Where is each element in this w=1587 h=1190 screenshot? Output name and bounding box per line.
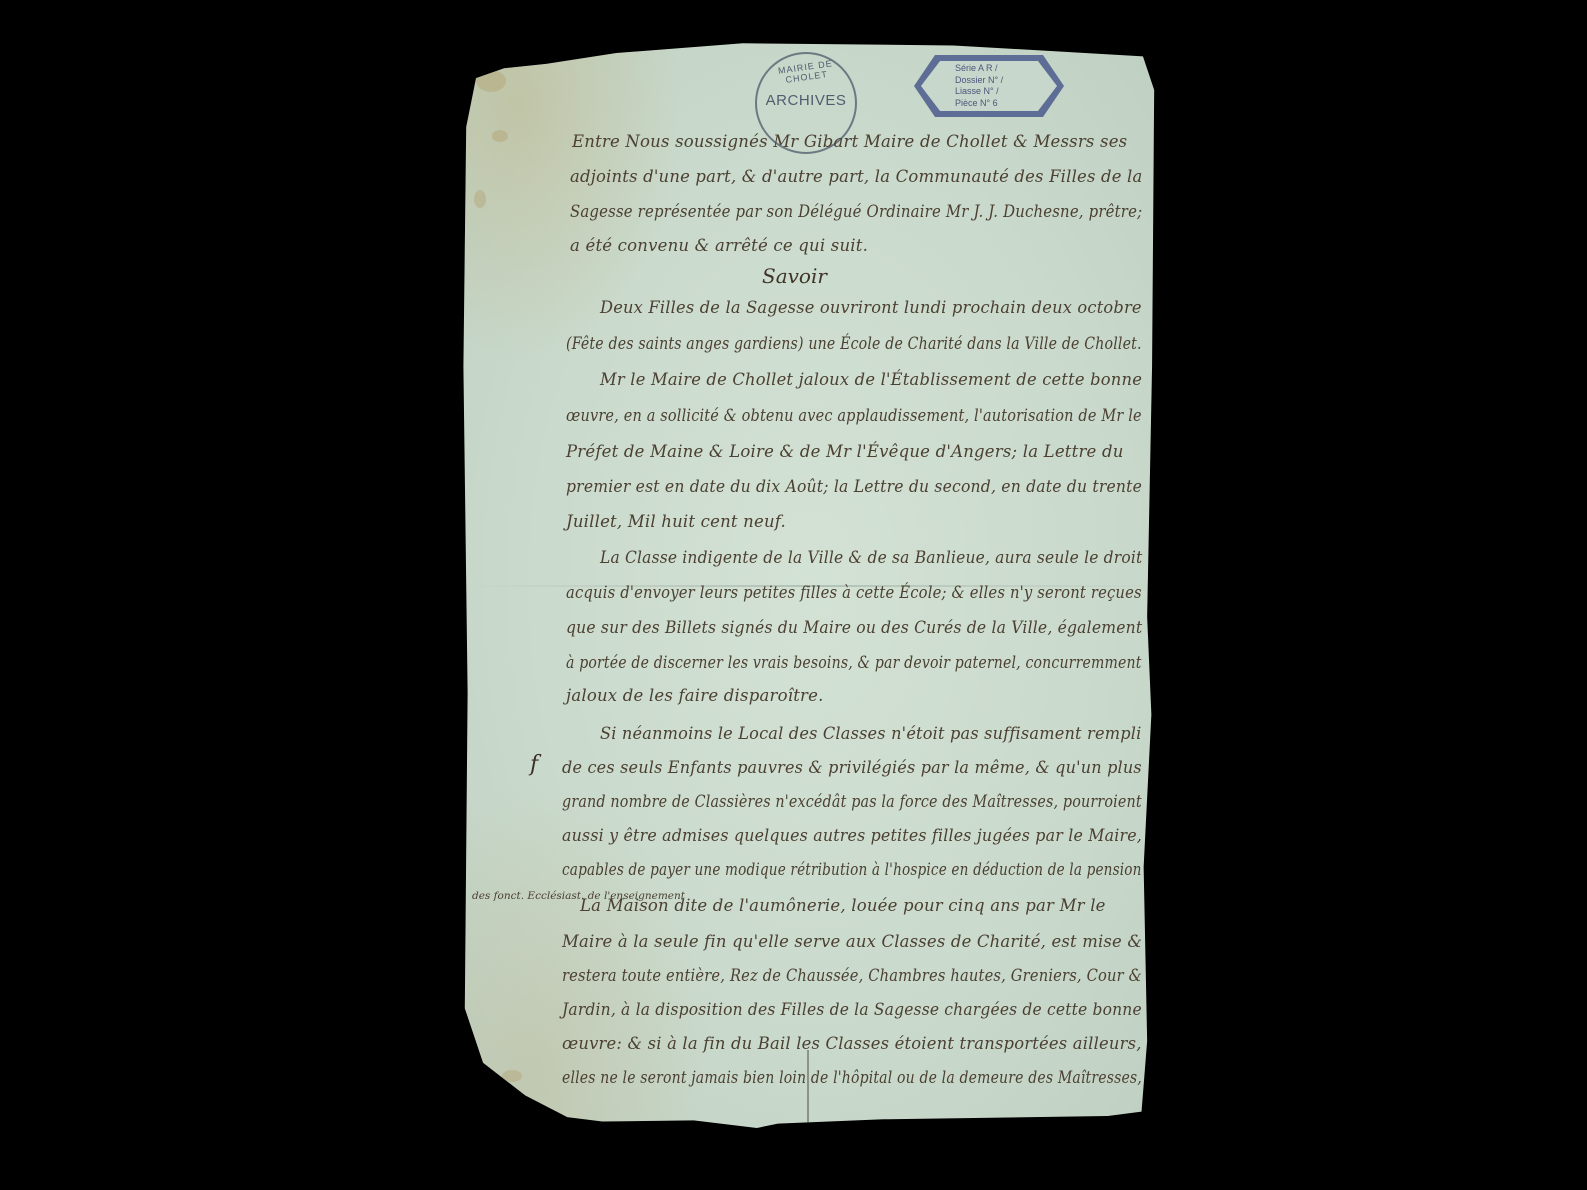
manuscript-line: adjoints d'une part, & d'autre part, la …	[570, 167, 1142, 186]
manuscript-line: œuvre, en a sollicité & obtenu avec appl…	[566, 406, 1142, 425]
manuscript-line: elles ne le seront jamais bien loin de l…	[562, 1068, 1142, 1087]
manuscript-line: Deux Filles de la Sagesse ouvriront lund…	[600, 298, 1142, 317]
manuscript-line: capables de payer une modique rétributio…	[562, 860, 1142, 879]
manuscript-line: de ces seuls Enfants pauvres & privilégi…	[562, 758, 1142, 777]
manuscript-line: La Classe indigente de la Ville & de sa …	[600, 548, 1142, 567]
manuscript-line: Jardin, à la disposition des Filles de l…	[562, 1000, 1142, 1019]
manuscript-line: a été convenu & arrêté ce qui suit.	[570, 236, 868, 255]
foxing-spot	[474, 190, 486, 208]
manuscript-line: œuvre: & si à la fin du Bail les Classes…	[562, 1034, 1142, 1053]
section-heading: Savoir	[762, 264, 827, 288]
manuscript-line: que sur des Billets signés du Maire ou d…	[566, 618, 1142, 637]
paper-tear-bottom	[807, 1050, 809, 1130]
manuscript-line: restera toute entière, Rez de Chaussée, …	[562, 966, 1142, 985]
manuscript-line: (Fête des saints anges gardiens) une Éco…	[566, 334, 1142, 353]
manuscript-line: premier est en date du dix Août; la Lett…	[566, 477, 1142, 496]
margin-mark: f	[530, 752, 538, 777]
manuscript-line: Maire à la seule fin qu'elle serve aux C…	[562, 932, 1142, 951]
manuscript-line: Mr le Maire de Chollet jaloux de l'Établ…	[600, 370, 1142, 389]
manuscript-line: Préfet de Maine & Loire & de Mr l'Évêque…	[566, 442, 1124, 461]
foxing-spot	[476, 70, 506, 92]
manuscript-line: grand nombre de Classières n'excédât pas…	[562, 792, 1142, 811]
stamp-center-text: ARCHIVES	[757, 92, 855, 109]
manuscript-line: à portée de discerner les vrais besoins,…	[566, 653, 1142, 672]
manuscript-page: MAIRIE DE CHOLET ARCHIVES Série A R / Do…	[462, 40, 1164, 1128]
stamp-ring-text: MAIRIE DE CHOLET	[756, 55, 856, 88]
foxing-spot	[492, 130, 508, 142]
classification-hex-stamp: Série A R / Dossier N° / Liasse N° / Piè…	[921, 61, 1057, 111]
manuscript-line: Juillet, Mil huit cent neuf.	[566, 512, 786, 531]
manuscript-line: Sagesse représentée par son Délégué Ordi…	[570, 202, 1142, 221]
manuscript-line: acquis d'envoyer leurs petites filles à …	[566, 583, 1142, 602]
foxing-spot	[502, 1070, 522, 1082]
stamp-line-dossier: Dossier N° /	[955, 75, 1057, 87]
manuscript-line: La Maison dite de l'aumônerie, louée pou…	[580, 896, 1106, 915]
manuscript-line: Entre Nous soussignés Mr Gibart Maire de…	[572, 132, 1127, 151]
stamp-line-liasse: Liasse N° /	[955, 86, 1057, 98]
manuscript-line: Si néanmoins le Local des Classes n'étoi…	[600, 724, 1141, 743]
manuscript-line: jaloux de les faire disparoître.	[566, 686, 824, 705]
manuscript-line: aussi y être admises quelques autres pet…	[562, 826, 1142, 845]
